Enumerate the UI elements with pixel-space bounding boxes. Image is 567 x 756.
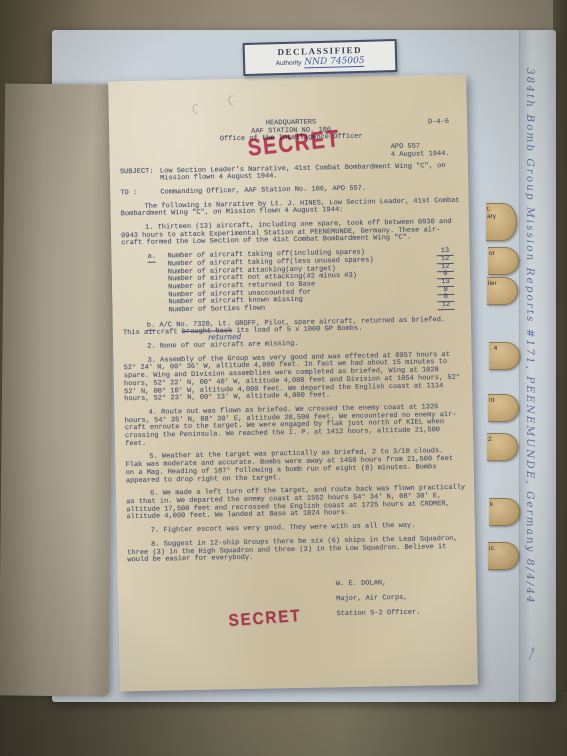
stats-row-label: Number of Sorties flown (169, 305, 266, 315)
subject-text: Low Section Leader's Narrative, 41st Com… (160, 163, 446, 184)
photo-of-document: 384th Bomb Group Mission Reports #171, P… (0, 0, 567, 756)
subject-label: SUBJECT: (120, 168, 160, 184)
apo-date-block: APO 557 4 August 1944. (391, 143, 450, 160)
paragraph-1: 1. Thirteen (13) aircraft, including one… (121, 219, 465, 249)
pencil-mark (226, 94, 239, 108)
pencil-mark (191, 102, 204, 116)
index-tab-label: t. ary (486, 204, 516, 220)
index-tab[interactable]: nt (488, 394, 519, 422)
paragraph-b: b. A/C No. 7320, Lt. GROFF, Pilot, spare… (123, 316, 467, 338)
authority-number: NND 745005 (304, 56, 364, 69)
index-tab-label: 2 (487, 434, 517, 443)
index-tab[interactable]: or (488, 247, 519, 275)
paragraph-7: 7. Fighter escort was very good. They we… (127, 522, 471, 536)
report-page: D-4-6 HEADQUARTERS AAF STATION NO. 106 O… (108, 75, 478, 692)
signature-block: W. E. DOLAN, Major, Air Corps, Station S… (336, 571, 473, 628)
signature-title: Station S-2 Officer. (336, 609, 472, 619)
struck-text: brought backreturned (182, 328, 233, 337)
to-row: TO : Commanding Officer, AAF Station No.… (120, 184, 464, 198)
folder-left-sheet (0, 83, 115, 696)
index-tab-label: ic. (488, 543, 518, 552)
index-tab[interactable]: . 4 (489, 342, 520, 370)
paragraph-3: 3. Assembly of the Group was very good a… (123, 351, 468, 404)
index-tab-label: lier (487, 278, 517, 287)
secret-stamp: SECRET (228, 612, 301, 625)
date-line: 4 August 1944. (391, 151, 450, 160)
subject-row: SUBJECT: Low Section Leader's Narrative,… (120, 162, 464, 184)
index-tab-label: k (489, 499, 519, 508)
index-tab[interactable]: t. ary (486, 203, 517, 241)
index-tab-label: or (488, 248, 518, 257)
paragraph-5: 5. Weather at the target was practically… (125, 448, 470, 485)
reference-code: D-4-6 (428, 119, 449, 127)
paragraph-6: 6. We made a left turn off the target, a… (126, 485, 471, 522)
to-text: Commanding Officer, AAF Station No. 106,… (160, 185, 366, 197)
paragraph-b-text-end: its load of 5 x 1000 GP Bombs. (232, 325, 362, 335)
pen-flourish-mark (526, 646, 538, 662)
paragraph-2: 2. None of our aircraft are missing. (123, 338, 467, 352)
stats-item-label: a. (147, 254, 156, 263)
index-tab-label: . 4 (489, 343, 519, 352)
paragraph-4: 4. Route out was flown as briefed. We cr… (124, 404, 469, 449)
index-tab[interactable]: lier (487, 277, 518, 305)
index-tab[interactable]: 2 (487, 433, 518, 461)
handwritten-archive-note: 384th Bomb Group Mission Reports #171, P… (524, 68, 536, 658)
to-label: TO : (120, 189, 160, 197)
aircraft-statistics: a. Number of aircraft taking off(includi… (121, 248, 466, 316)
index-tab[interactable]: k (489, 498, 520, 526)
stats-row-value: 12 (437, 302, 454, 311)
handwritten-correction: returned (184, 333, 242, 342)
signature-name: W. E. DOLAN, (336, 578, 472, 588)
index-tab[interactable]: ic. (488, 542, 519, 570)
signature-rank: Major, Air Corps, (336, 594, 472, 604)
intro-paragraph: The following is Narrative by Lt. J. HIN… (121, 197, 465, 219)
table-surface-top (0, 0, 567, 34)
paragraph-8: 8. Suggest in 12-ship Groups there be si… (127, 535, 471, 565)
declassified-stamp: DECLASSIFIED AuthorityNND 745005 (243, 39, 398, 76)
index-tab-label: nt (488, 395, 518, 404)
secret-stamp: SECRET (247, 135, 340, 153)
authority-label: Authority (276, 59, 302, 67)
